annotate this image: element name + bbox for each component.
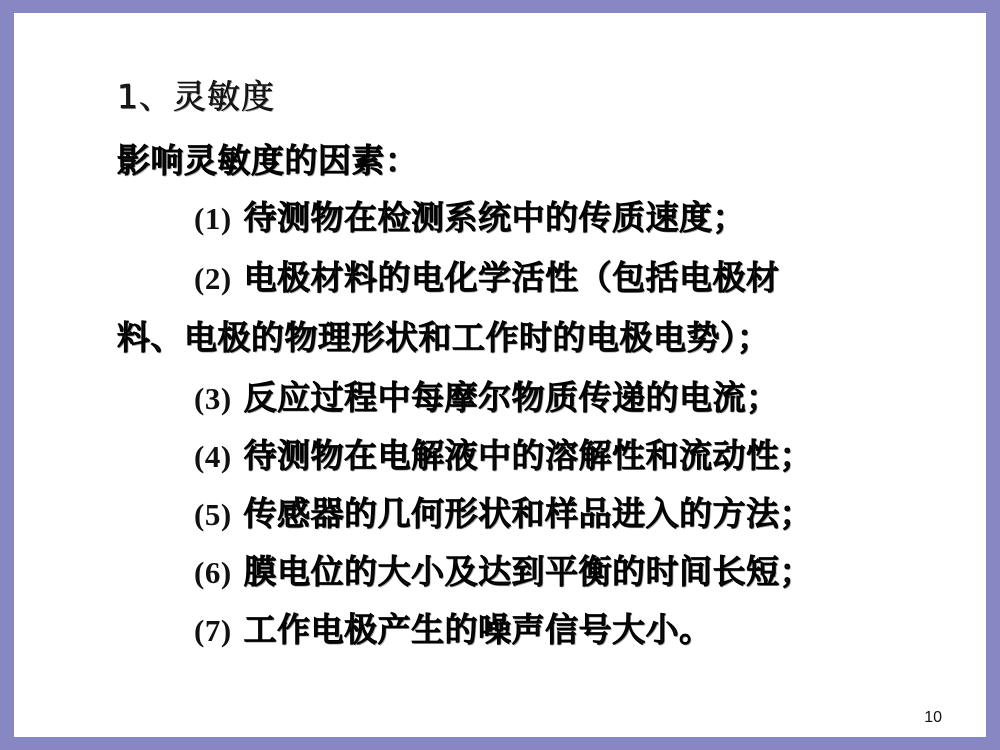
item-text: 膜电位的大小及达到平衡的时间长短；: [244, 552, 814, 591]
item-text: 待测物在检测系统中的传质速度；: [244, 198, 747, 237]
list-item: (7)工作电极产生的噪声信号大小。: [194, 610, 713, 651]
item-number: (1): [194, 201, 232, 236]
item-text: 工作电极产生的噪声信号大小。: [244, 610, 713, 649]
item-number: (3): [194, 381, 232, 416]
item-number: (4): [194, 439, 232, 474]
item-text: 传感器的几何形状和样品进入的方法；: [244, 494, 814, 533]
slide: 1、灵敏度 影响灵敏度的因素： (1)待测物在检测系统中的传质速度； (2)电极…: [14, 13, 986, 737]
item-text: 电极材料的电化学活性（包括电极材: [244, 258, 780, 297]
item-number: (6): [194, 555, 232, 590]
list-item: (2)电极材料的电化学活性（包括电极材: [194, 258, 780, 299]
list-item: (1)待测物在检测系统中的传质速度；: [194, 198, 746, 239]
item-number: (5): [194, 497, 232, 532]
item-text: 待测物在电解液中的溶解性和流动性；: [244, 436, 814, 475]
page-number: 10: [924, 709, 942, 727]
intro-text: 影响灵敏度的因素：: [117, 141, 419, 181]
list-item: (3)反应过程中每摩尔物质传递的电流；: [194, 378, 780, 419]
list-item-continuation: 料、电极的物理形状和工作时的电极电势）；: [117, 318, 771, 358]
slide-heading: 1、灵敏度: [117, 77, 275, 117]
list-item: (4)待测物在电解液中的溶解性和流动性；: [194, 436, 813, 477]
list-item: (5)传感器的几何形状和样品进入的方法；: [194, 494, 813, 535]
list-item: (6)膜电位的大小及达到平衡的时间长短；: [194, 552, 813, 593]
item-number: (7): [194, 613, 232, 648]
item-text: 反应过程中每摩尔物质传递的电流；: [244, 378, 780, 417]
item-number: (2): [194, 261, 232, 296]
